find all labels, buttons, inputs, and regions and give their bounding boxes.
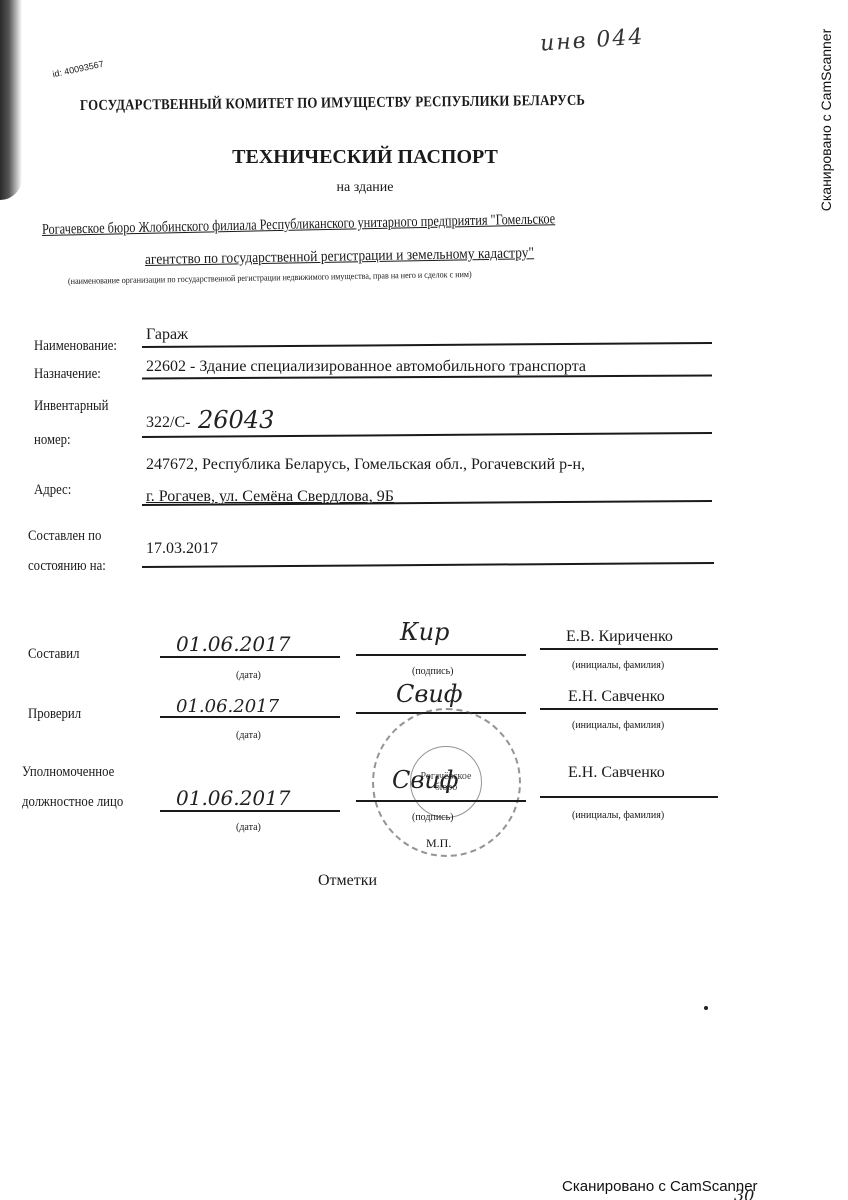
compiled-name: Е.В. Кириченко xyxy=(566,628,673,646)
checked-by-label: Проверил xyxy=(28,706,81,723)
speck xyxy=(704,1006,708,1010)
name-caption: (инициалы, фамилия) xyxy=(572,660,664,671)
authorized-signature-line xyxy=(356,800,526,802)
compiled-by-label: Составил xyxy=(28,646,79,663)
authorized-name: Е.Н. Савченко xyxy=(568,764,665,782)
checked-signature: Свиф xyxy=(396,680,463,708)
state-label-2: состоянию на: xyxy=(28,558,106,575)
state-label-1: Составлен по xyxy=(28,528,101,545)
authorized-label-2: должностное лицо xyxy=(22,794,123,811)
checked-name: Е.Н. Савченко xyxy=(568,688,665,706)
checked-name-line xyxy=(540,708,718,710)
stamp-mp: М.П. xyxy=(426,836,451,851)
camscanner-side-text: Сканировано с CamScanner xyxy=(818,20,834,220)
address-label: Адрес: xyxy=(34,482,71,499)
purpose-value: 22602 - Здание специализированное автомо… xyxy=(146,358,586,376)
compiled-name-line xyxy=(540,648,718,650)
state-date-value: 17.03.2017 xyxy=(146,540,218,558)
inventory-value-printed: 322/С- xyxy=(146,414,190,432)
checked-date: 01.06.2017 xyxy=(176,696,279,717)
signature-caption: (подпись) xyxy=(412,666,454,677)
organization-caption: (наименование организации по государстве… xyxy=(68,269,472,286)
name-caption: (инициалы, фамилия) xyxy=(572,810,664,821)
document-title: ТЕХНИЧЕСКИЙ ПАСПОРТ xyxy=(0,146,730,169)
date-caption: (дата) xyxy=(236,822,261,833)
compiled-signature-line xyxy=(356,654,526,656)
name-label: Наименование: xyxy=(34,338,117,355)
marks-heading: Отметки xyxy=(318,872,377,890)
handwritten-inventory-note: инв 044 xyxy=(539,24,645,56)
scan-page-edge xyxy=(0,0,22,200)
name-value: Гараж xyxy=(146,326,188,344)
committee-heading: ГОСУДАРСТВЕННЫЙ КОМИТЕТ ПО ИМУЩЕСТВУ РЕС… xyxy=(80,93,585,115)
name-underline xyxy=(142,342,712,347)
compiled-date: 01.06.2017 xyxy=(176,632,291,656)
authorized-name-line xyxy=(540,796,718,798)
page-number: 30 xyxy=(734,1186,754,1200)
authorized-date: 01.06.2017 xyxy=(176,786,291,810)
camscanner-bottom-watermark: Сканировано с CamScanner xyxy=(562,1178,758,1195)
purpose-label: Назначение: xyxy=(34,366,101,383)
checked-date-line xyxy=(160,716,340,718)
address-line-1: 247672, Республика Беларусь, Гомельская … xyxy=(146,456,585,474)
inventory-label-1: Инвентарный xyxy=(34,398,108,415)
document-subtitle: на здание xyxy=(0,180,730,196)
organization-line-2: агентство по государственной регистрации… xyxy=(145,245,534,269)
state-underline xyxy=(142,562,714,567)
authorized-signature: Свиф xyxy=(392,766,459,794)
name-caption: (инициалы, фамилия) xyxy=(572,720,664,731)
date-caption: (дата) xyxy=(236,670,261,681)
organization-line-1: Рогачевское бюро Жлобинского филиала Рес… xyxy=(42,211,555,239)
date-caption: (дата) xyxy=(236,730,261,741)
authorized-date-line xyxy=(160,810,340,812)
document-id: id: 40093567 xyxy=(52,59,105,80)
signature-caption: (подпись) xyxy=(412,812,454,823)
compiled-date-line xyxy=(160,656,340,658)
inventory-label-2: номер: xyxy=(34,432,71,449)
authorized-label-1: Уполномоченное xyxy=(22,764,114,781)
compiled-signature: Кир xyxy=(400,618,449,646)
inventory-value-handwritten: 26043 xyxy=(198,406,274,434)
